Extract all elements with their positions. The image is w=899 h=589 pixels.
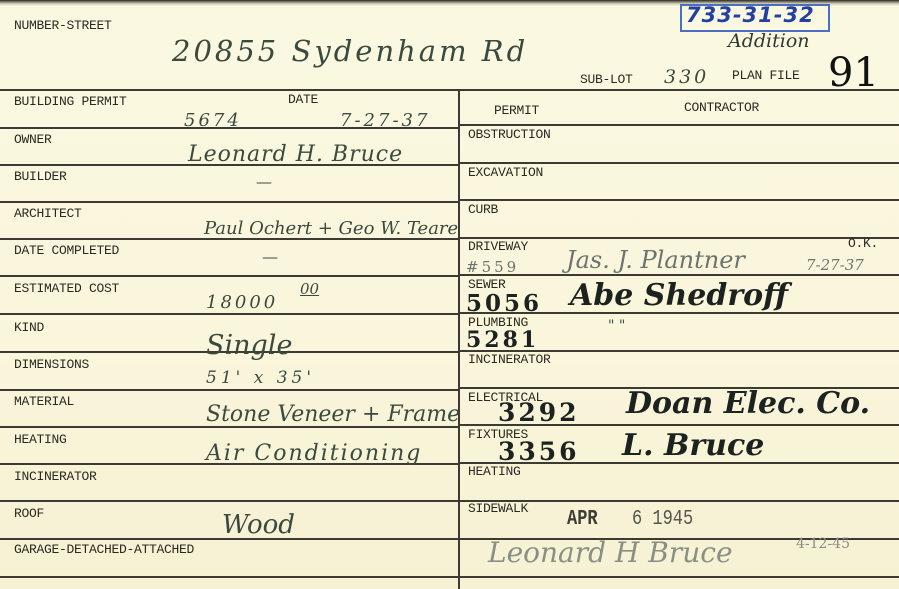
left-field-value: 51' x 35' — [206, 368, 315, 388]
rule-line — [458, 162, 899, 164]
left-field-label: BUILDING PERMIT — [14, 94, 127, 109]
left-field-value: 5674 — [184, 110, 242, 131]
number-street-label: NUMBER-STREET — [14, 18, 112, 33]
permit-number: #559 — [466, 258, 519, 276]
rule-line — [458, 199, 899, 201]
left-field-label: OWNER — [14, 132, 52, 147]
sidewalk-stamp-month: APR — [567, 508, 598, 532]
permit-column-header: PERMIT — [494, 103, 539, 118]
signature-date: 4-12-45 — [796, 536, 850, 552]
permit-number: 5281 — [466, 327, 539, 353]
contractor-name: Doan Elec. Co. — [626, 386, 870, 421]
left-field-label: BUILDER — [14, 169, 67, 184]
permit-number: 3356 — [498, 437, 580, 466]
left-field-value: Air Conditioning — [206, 441, 422, 466]
left-field-label: MATERIAL — [14, 394, 74, 409]
left-field-value: Stone Veneer + Frame — [206, 402, 460, 427]
column-divider — [458, 89, 460, 589]
left-field-value: Single — [206, 330, 292, 361]
driveway-status: O.K. — [848, 236, 878, 251]
permit-type-label: INCINERATOR — [468, 352, 551, 367]
left-field-label: DATE COMPLETED — [14, 243, 119, 258]
left-field-value: 18000 — [206, 292, 278, 313]
rule-line — [458, 576, 899, 578]
left-field-label: ARCHITECT — [14, 206, 82, 221]
rule-line — [0, 89, 458, 91]
contractor-name: L. Bruce — [622, 428, 764, 463]
permit-date-label: DATE — [288, 92, 318, 107]
permit-type-label: CURB — [468, 202, 498, 217]
contractor-name: Jas. J. Plantner — [566, 246, 745, 274]
contractor-name: " " — [608, 318, 625, 334]
rule-line — [0, 576, 458, 578]
left-field-value: Paul Ochert + Geo W. Teare — [204, 218, 458, 239]
sub-lot-value: 330 — [664, 66, 709, 88]
left-field-label: INCINERATOR — [14, 469, 97, 484]
addition-note: Addition — [728, 30, 810, 52]
left-field-label: DIMENSIONS — [14, 357, 89, 372]
permit-number: 3292 — [498, 398, 580, 427]
left-field-label: HEATING — [14, 432, 67, 447]
left-field-value: Leonard H. Bruce — [188, 142, 403, 167]
permit-date-value: 7-27-37 — [340, 110, 430, 131]
rule-line — [458, 124, 899, 126]
sub-lot-label: SUB-LOT — [580, 72, 633, 87]
left-field-value: Wood — [222, 510, 295, 540]
rule-line — [458, 274, 899, 276]
left-field-value: — — [256, 172, 272, 191]
contractor-column-header: CONTRACTOR — [684, 100, 759, 115]
driveway-date: 7-27-37 — [806, 256, 864, 274]
rule-line — [0, 201, 458, 203]
rule-line — [0, 313, 458, 315]
contractor-name: Abe Shedroff — [570, 278, 788, 313]
permit-number: 5056 — [466, 290, 542, 317]
permit-type-label: OBSTRUCTION — [468, 127, 551, 142]
permit-type-label: SIDEWALK — [468, 501, 528, 516]
left-field-label: GARAGE-DETACHED-ATTACHED — [14, 542, 194, 557]
rule-line — [0, 500, 458, 502]
owner-signature: Leonard H Bruce — [488, 536, 733, 569]
left-field-label: ESTIMATED COST — [14, 281, 119, 296]
rule-line — [0, 275, 458, 277]
permit-type-label: HEATING — [468, 464, 521, 479]
left-field-label: KIND — [14, 320, 44, 335]
rule-line — [458, 89, 899, 91]
plan-file-label: PLAN FILE — [732, 68, 800, 83]
record-stamp-number: 733-31-32 — [686, 3, 815, 27]
left-field-value: — — [262, 247, 278, 266]
sidewalk-stamp-day-year: 6 1945 — [632, 508, 693, 532]
rule-line — [0, 389, 458, 391]
number-street-value: 20855 Sydenham Rd — [172, 34, 528, 68]
permit-card: 733-31-32 Addition NUMBER-STREET 20855 S… — [0, 0, 899, 589]
permit-type-label: EXCAVATION — [468, 165, 543, 180]
left-field-label: ROOF — [14, 506, 44, 521]
estimated-cost-cents: 00 — [300, 280, 319, 298]
permit-type-label: DRIVEWAY — [468, 239, 528, 254]
